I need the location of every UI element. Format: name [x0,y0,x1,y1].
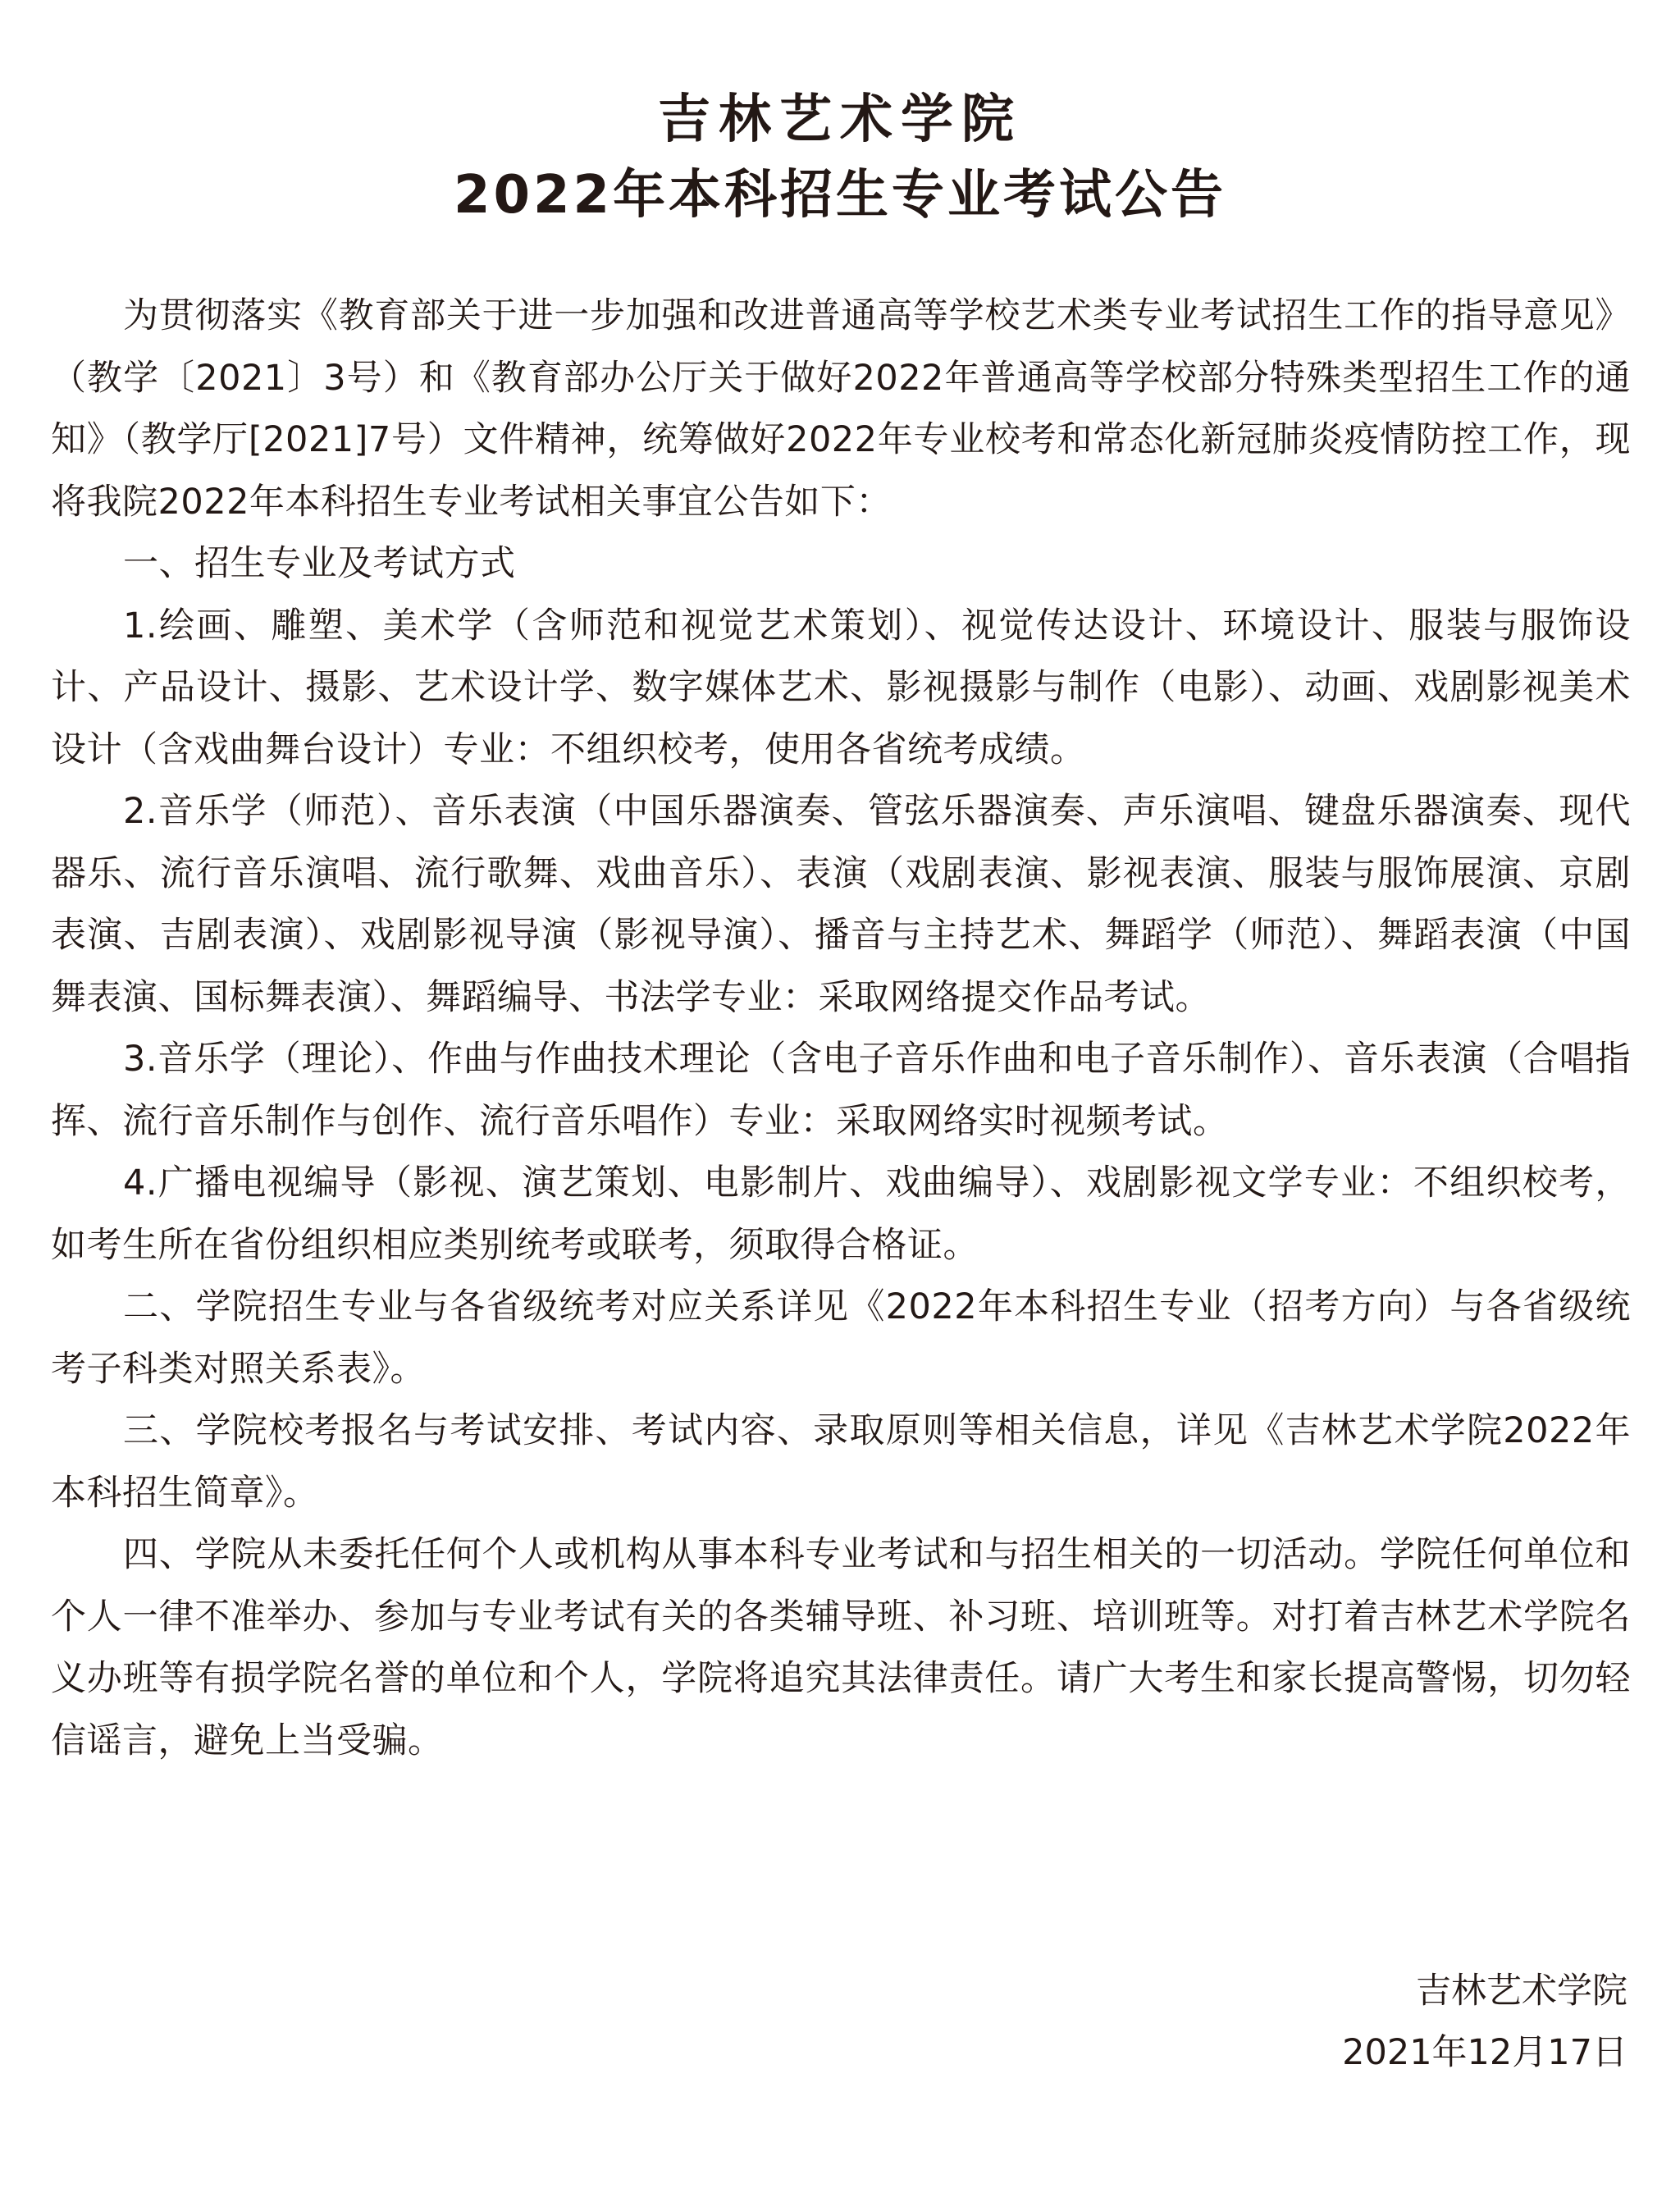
item-2-paragraph: 2.音乐学（师范）、音乐表演（中国乐器演奏、管弦乐器演奏、声乐演唱、键盘乐器演奏… [51,781,1631,1029]
title-announcement: 2022年本科招生专业考试公告 [0,158,1680,233]
intro-paragraph: 为贯彻落实《教育部关于进一步加强和改进普通高等学校艺术类专业考试招生工作的指导意… [51,285,1631,533]
section-heading-1: 一、招生专业及考试方式 [51,533,1631,596]
title-institution: 吉林艺术学院 [0,82,1680,158]
signature-block: 吉林艺术学院 2021年12月17日 [1342,1961,1627,2084]
item-4-paragraph: 4.广播电视编导（影视、演艺策划、电影制片、戏曲编导）、戏剧影视文学专业：不组织… [51,1153,1631,1277]
signature-date: 2021年12月17日 [1342,2022,1627,2084]
item-1-paragraph: 1.绘画、雕塑、美术学（含师范和视觉艺术策划）、视觉传达设计、环境设计、服装与服… [51,596,1631,782]
section-3-paragraph: 三、学院校考报名与考试安排、考试内容、录取原则等相关信息，详见《吉林艺术学院20… [51,1400,1631,1524]
section-4-paragraph: 四、学院从未委托任何个人或机构从事本科专业考试和与招生相关的一切活动。学院任何单… [51,1524,1631,1772]
section-2-paragraph: 二、学院招生专业与各省级统考对应关系详见《2022年本科招生专业（招考方向）与各… [51,1277,1631,1400]
item-3-paragraph: 3.音乐学（理论）、作曲与作曲技术理论（含电子音乐作曲和电子音乐制作）、音乐表演… [51,1029,1631,1153]
document-title: 吉林艺术学院 2022年本科招生专业考试公告 [0,82,1680,233]
document-body: 为贯彻落实《教育部关于进一步加强和改进普通高等学校艺术类专业考试招生工作的指导意… [51,285,1631,1772]
signature-organization: 吉林艺术学院 [1342,1961,1627,2022]
